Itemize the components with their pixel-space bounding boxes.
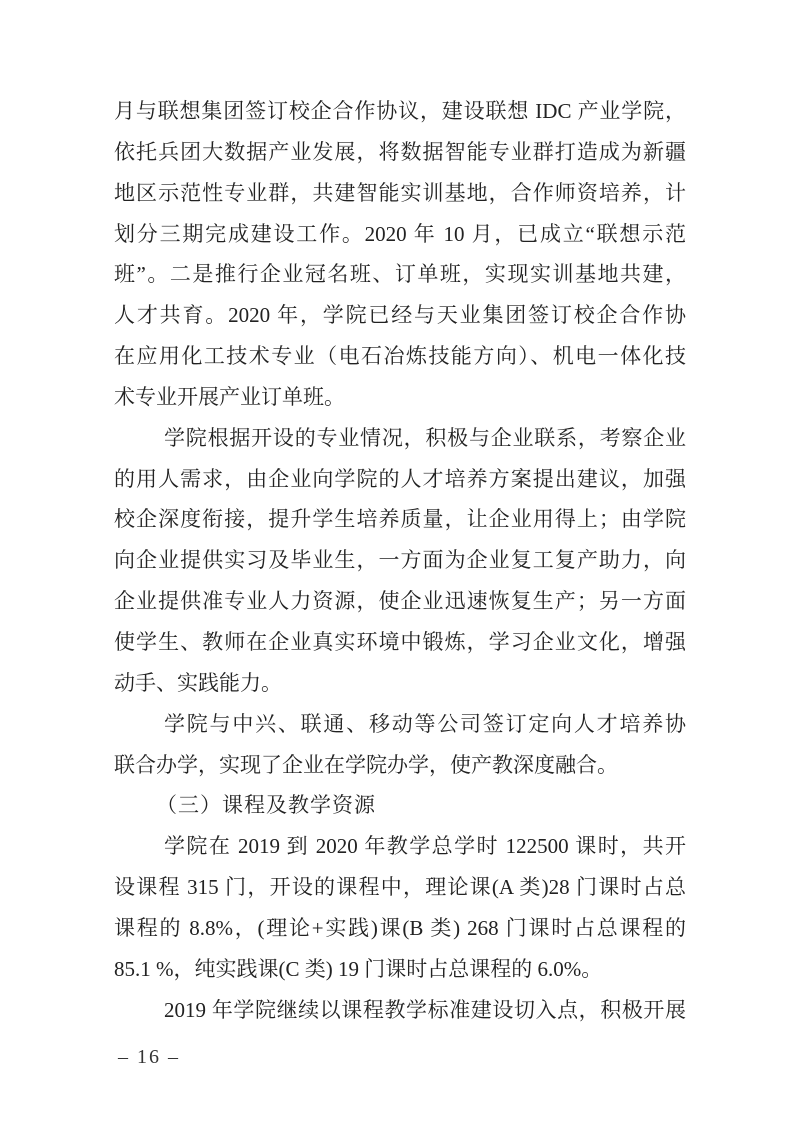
text-line: 向企业提供实习及毕业生，一方面为企业复工复产助力，向 — [114, 540, 686, 581]
text-line: 月与联想集团签订校企合作协议，建设联想 IDC 产业学院， — [114, 91, 686, 132]
paragraph-course-statistics: 学院在 2019 到 2020 年教学总学时 122500 课时，共开设课程 3… — [114, 826, 686, 989]
text-line: 依托兵团大数据产业发展，将数据智能专业群打造成为新疆 — [114, 132, 686, 173]
paragraph-joint-training-agreements: 学院与中兴、联通、移动等公司签订定向人才培养协议，联合办学，实现了企业在学院办学… — [114, 704, 686, 786]
paragraph-enterprise-liaison: 学院根据开设的专业情况，积极与企业联系，考察企业的用人需求，由企业向学院的人才培… — [114, 418, 686, 704]
text-line: 联合办学，实现了企业在学院办学，使产教深度融合。 — [114, 745, 686, 786]
page-number: – 16 – — [118, 1046, 180, 1069]
text-line: 学院在 2019 到 2020 年教学总学时 122500 课时，共开 — [114, 826, 686, 867]
text-line: 的用人需求，由企业向学院的人才培养方案提出建议，加强 — [114, 459, 686, 500]
text-line: （三）课程及教学资源 — [114, 785, 686, 826]
document-body: 月与联想集团签订校企合作协议，建设联想 IDC 产业学院，依托兵团大数据产业发展… — [114, 91, 686, 1030]
text-line: 校企深度衔接，提升学生培养质量，让企业用得上；由学院 — [114, 499, 686, 540]
text-line: 班”。二是推行企业冠名班、订单班，实现实训基地共建， — [114, 254, 686, 295]
text-line: 使学生、教师在企业真实环境中锻炼，学习企业文化，增强 — [114, 622, 686, 663]
text-line: 2019 年学院继续以课程教学标准建设切入点，积极开展 — [114, 990, 686, 1031]
text-line: 在应用化工技术专业（电石冶炼技能方向）、机电一体化技 — [114, 336, 686, 377]
text-line: 企业提供准专业人力资源，使企业迅速恢复生产；另一方面 — [114, 581, 686, 622]
section-heading-curriculum-resources: （三）课程及教学资源 — [114, 785, 686, 826]
text-line: 设课程 315 门，开设的课程中，理论课(A 类)28 门课时占总 — [114, 867, 686, 908]
paragraph-teaching-standards: 2019 年学院继续以课程教学标准建设切入点，积极开展 — [114, 990, 686, 1031]
text-line: 人才共育。2020 年，学院已经与天业集团签订校企合作协议， — [114, 295, 686, 336]
text-line: 术专业开展产业订单班。 — [114, 377, 686, 418]
text-line: 动手、实践能力。 — [114, 663, 686, 704]
document-page: 月与联想集团签订校企合作协议，建设联想 IDC 产业学院，依托兵团大数据产业发展… — [0, 0, 800, 1131]
text-line: 85.1 %，纯实践课(C 类) 19 门课时占总课程的 6.0%。 — [114, 949, 686, 990]
text-line: 划分三期完成建设工作。2020 年 10 月，已成立“联想示范 — [114, 214, 686, 255]
text-line: 学院根据开设的专业情况，积极与企业联系，考察企业 — [114, 418, 686, 459]
text-line: 地区示范性专业群，共建智能实训基地，合作师资培养，计 — [114, 173, 686, 214]
text-line: 学院与中兴、联通、移动等公司签订定向人才培养协议， — [114, 704, 686, 745]
paragraph-school-enterprise-cooperation: 月与联想集团签订校企合作协议，建设联想 IDC 产业学院，依托兵团大数据产业发展… — [114, 91, 686, 418]
text-line: 课程的 8.8%，(理论+实践)课(B 类) 268 门课时占总课程的 — [114, 908, 686, 949]
